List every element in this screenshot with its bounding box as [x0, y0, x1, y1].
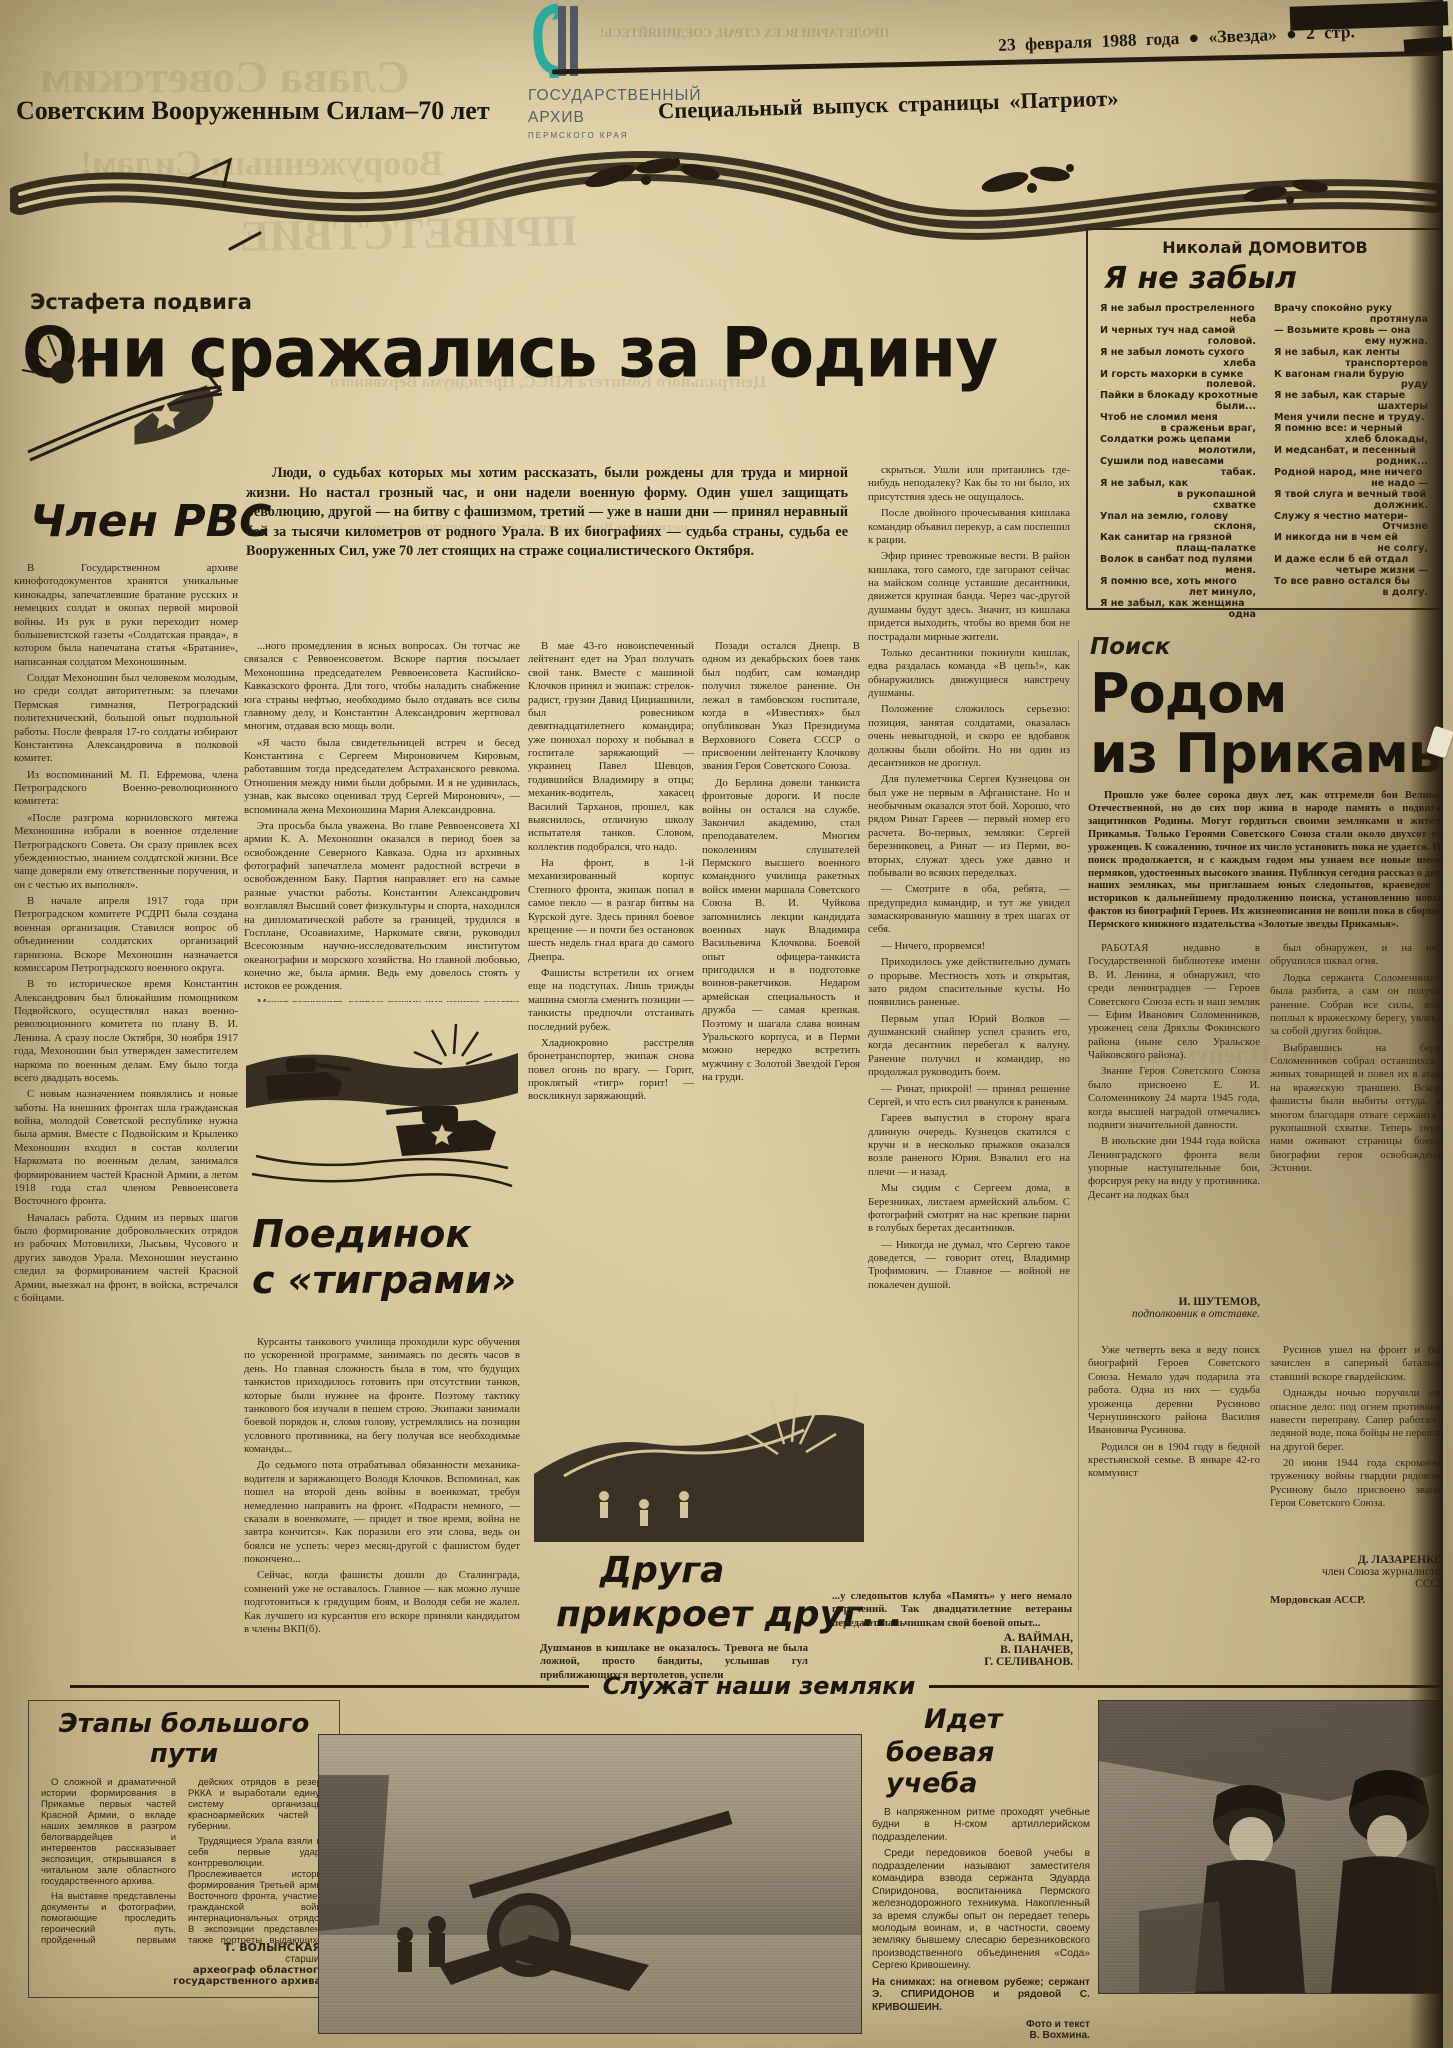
paragraph: До седьмого пота отрабатывал обязанности… — [244, 1459, 520, 1566]
poem-column-1: Я не забыл простреленногонебаИ черных ту… — [1100, 304, 1258, 621]
paragraph: скрыться. Ушли или притаились где-нибудь… — [868, 464, 1070, 504]
kicker-poisk: Поиск — [1090, 634, 1170, 660]
saber-budenovka-illustration — [16, 332, 236, 490]
poisk-headline-line1: Родом — [1090, 662, 1287, 725]
paragraph: Эта просьба была уважена. Во главе Ревво… — [244, 820, 520, 994]
poem-line: в долгу. — [1274, 588, 1430, 599]
poem-line: Я не забыл ломоть сухого — [1100, 348, 1258, 359]
poisk-column-a: РАБОТАЯ недавно в Государственной библио… — [1088, 942, 1260, 1294]
paragraph: Только десантники покинули кишлак, едва … — [868, 647, 1070, 701]
paragraph: «После разгрома корниловского мятежа Мех… — [14, 812, 238, 892]
paragraph: В то историческое время Константин Алекс… — [14, 978, 238, 1085]
signature-name: И. ШУТЕМОВ, — [1179, 1296, 1260, 1308]
training-title-line2: боевая учеба — [886, 1737, 1090, 1799]
photo-grain — [319, 1735, 861, 2033]
paragraph: Сейчас, когда фашисты дошли до Сталингра… — [244, 1569, 520, 1636]
training-title-line1: Идет — [924, 1704, 1090, 1735]
paragraph: Трудящиеся Урала взяли на себя первые уд… — [188, 1836, 327, 1945]
paragraph: В напряженном ритме проходят учебные буд… — [872, 1807, 1090, 1844]
paragraph: Родился он в 1904 году в бедной крестьян… — [1088, 1441, 1260, 1481]
paragraph: Солдат Мехоношин был человеком молодым, … — [14, 672, 238, 766]
stages-signature: Т. ВОЛЫНСКАЯ, старший археограф областно… — [173, 1941, 325, 1987]
signature-role2: археограф областного — [193, 1965, 325, 1976]
paragraph: Звание Героя Советского Союза было присв… — [1088, 1065, 1260, 1132]
afghan-story-column: скрыться. Ушли или притаились где-нибудь… — [868, 464, 1070, 1564]
paragraph: «Я часто была свидетельницей встреч и бе… — [244, 737, 520, 817]
poem-author: Николай ДОМОВИТОВ — [1100, 238, 1430, 257]
poem-line: в рукопашной — [1100, 490, 1258, 501]
paragraph: Приходилось уже действительно думать о п… — [868, 956, 1070, 1010]
paragraph: Первым упал Юрий Волков — душманский сна… — [868, 1013, 1070, 1080]
stages-title: Этапы большого пути — [29, 1709, 339, 1769]
paragraph: Эфир принес тревожные вести. В район киш… — [868, 550, 1070, 644]
paragraph: РАБОТАЯ недавно в Государственной библио… — [1088, 942, 1260, 1062]
rvs-column-2: ...ного промедления в ясных вопросах. Он… — [244, 640, 520, 1002]
photo-credit: Фото и текст — [1026, 2019, 1090, 2030]
paragraph: Уже четверть века я веду поиск биографий… — [1088, 1344, 1260, 1438]
poisk-signature-1: И. ШУТЕМОВ, подполковник в отставке. — [1088, 1296, 1260, 1320]
masthead-right: Специальный выпуск страницы «Патриот» — [658, 86, 1119, 125]
poem-column-2: Врачу спокойно рукупротянула— Возьмите к… — [1274, 304, 1430, 621]
archive-logo-icon — [528, 2, 578, 78]
signature: Г. СЕЛИВАНОВ. — [888, 1656, 1073, 1668]
battle-explosion-illustration — [534, 1384, 864, 1542]
poem-line: хлеба — [1100, 359, 1258, 370]
paragraph: Курсанты танкового училища проходили кур… — [244, 1336, 520, 1456]
soldiers-photo — [1098, 1700, 1450, 1994]
paragraph: Гареев выпустил в сторону врага длинную … — [868, 1112, 1070, 1179]
divider-line — [70, 1685, 589, 1688]
paragraph: Среди передовиков боевой учебы в подразд… — [872, 1848, 1090, 1972]
poisk-headline-line2: из Прикамья — [1090, 722, 1453, 785]
column-rule — [1078, 640, 1079, 1670]
poisk-intro: Прошло уже более сорока двух лет, как от… — [1088, 790, 1446, 936]
paragraph: Началась работа. Одним из первых шагов б… — [14, 1212, 238, 1306]
stages-column-2: дейских отрядов в резерв РККА и выработа… — [188, 1777, 327, 1945]
stages-column-1: О сложной и драматичной истории формиров… — [41, 1777, 176, 1945]
paragraph: Может возникнуть вопрос: почему имя наше… — [244, 997, 520, 1002]
signature-name: Т. ВОЛЫНСКАЯ, — [224, 1941, 325, 1954]
paragraph: С новым назначением появлялись и новые з… — [14, 1088, 238, 1208]
paragraph: До Берлина довели танкиста фронтовые дор… — [702, 777, 860, 1085]
page-gutter-shadow — [1409, 0, 1443, 2048]
signature: В. ПАНАЧЕВ, — [888, 1644, 1073, 1656]
intro-paragraph: Люди, о судьбах которых мы хотим рассказ… — [246, 464, 848, 620]
poem-line: схватке — [1100, 501, 1258, 512]
paragraph: Фашисты встретили их огнем еще на подсту… — [528, 967, 694, 1034]
rvs-column-1: В Государственном архиве кинофотодокумен… — [14, 562, 238, 1682]
duel-column-4: Позади остался Днепр. В одном из декабрь… — [702, 640, 860, 1380]
section-divider: Служат наши земляки — [70, 1672, 1448, 1700]
paragraph: О сложной и драматичной истории формиров… — [41, 1777, 176, 1887]
divider-line — [929, 1685, 1448, 1688]
paragraph: Положение сложилось серьезно: позиция, з… — [868, 703, 1070, 770]
paragraph: — Смотрите в оба, ребята, — предупредил … — [868, 883, 1070, 937]
poem-line: должник. — [1274, 501, 1430, 512]
paragraph: Мы сидим с Сергеем дома, в Березниках, л… — [868, 1182, 1070, 1236]
photo-credit-name: В. Вохмина. — [1030, 2030, 1090, 2041]
newspaper-page: Слава Советским Вооруженным Силам! ПРИВЕ… — [0, 0, 1453, 2048]
signature-role3: государственного архива. — [173, 1976, 325, 1987]
paragraph: На фронт, в 1-й механизированный корпус … — [528, 857, 694, 964]
friend-signatures: А. ВАЙМАН,В. ПАНАЧЕВ,Г. СЕЛИВАНОВ. — [888, 1632, 1073, 1668]
artillery-photo — [318, 1734, 862, 2034]
paragraph: На выставке представлены документы и фот… — [41, 1891, 176, 1945]
poem-title: Я не забыл — [1104, 261, 1430, 296]
paragraph: Для пулеметчика Сергея Кузнецова он был … — [868, 773, 1070, 880]
paragraph: ...ного промедления в ясных вопросах. Он… — [244, 640, 520, 734]
duel-column-3: В мае 43-го новоиспеченный лейтенант еде… — [528, 640, 694, 1380]
paragraph: Хладнокровно расстреляв бронетранспортер… — [528, 1037, 694, 1104]
paragraph: Позади остался Днепр. В одном из декабрь… — [702, 640, 860, 774]
duel-title-line2: с «тиграми» — [252, 1258, 516, 1302]
paragraph: В Государственном архиве кинофотодокумен… — [14, 562, 238, 669]
masthead-left: Советским Вооруженным Силам–70 лет — [16, 96, 490, 126]
friend-ending: ...у следопытов клуба «Память» у него не… — [832, 1590, 1072, 1634]
photo-caption: На снимках: на огневом рубеже; сержант Э… — [872, 1977, 1090, 2015]
training-article: Идет боевая учеба В напряженном ритме пр… — [872, 1704, 1090, 2041]
paragraph: — Ринат, прикрой! — принял решение Серге… — [868, 1083, 1070, 1110]
paragraph: — Ничего, прорвемся! — [868, 940, 1070, 953]
tank-battle-illustration — [246, 1006, 518, 1202]
poem-box: Николай ДОМОВИТОВ Я не забыл Я не забыл … — [1086, 228, 1444, 610]
poem-line: транспортеров — [1274, 359, 1430, 370]
duel-title-line1: Поединок — [252, 1212, 471, 1256]
friend-title-line1: Друга — [600, 1550, 724, 1591]
stages-box: Этапы большого пути О сложной и драматич… — [28, 1700, 340, 1998]
duel-text: Курсанты танкового училища проходили кур… — [244, 1336, 520, 1686]
adjacent-page-sliver — [1443, 0, 1453, 2048]
paragraph: В июльские дни 1944 года войска Ленингра… — [1088, 1135, 1260, 1202]
paragraph: В мае 43-го новоиспеченный лейтенант еде… — [528, 640, 694, 854]
poisk-story2-column-a: Уже четверть века я веду поиск биографий… — [1088, 1344, 1260, 1594]
divider-label: Служат наши земляки — [603, 1672, 916, 1700]
rvs-title: Член РВС — [30, 496, 271, 547]
paragraph: В начале апреля 1917 года при Петроградс… — [14, 895, 238, 975]
paragraph: дейских отрядов в резерв РККА и выработа… — [188, 1777, 327, 1832]
poem-line: Я твой слуга и вечный твой — [1274, 490, 1430, 501]
poem-line: одна — [1100, 610, 1258, 621]
signature: А. ВАЙМАН, — [888, 1632, 1073, 1644]
training-body: В напряженном ритме проходят учебные буд… — [872, 1807, 1090, 1973]
poem-line: Я не забыл, как ленты — [1274, 348, 1430, 359]
signature-role: подполковник в отставке. — [1132, 1308, 1260, 1320]
paragraph: Из воспоминаний М. П. Ефремова, члена Пе… — [14, 769, 238, 809]
paragraph: — Никогда не думал, что Сергею такое дов… — [868, 1239, 1070, 1293]
kicker-estafeta: Эстафета подвига — [30, 290, 252, 314]
photo-grain — [1099, 1701, 1449, 1993]
paragraph: После двойного прочесывания кишлака кома… — [868, 507, 1070, 547]
